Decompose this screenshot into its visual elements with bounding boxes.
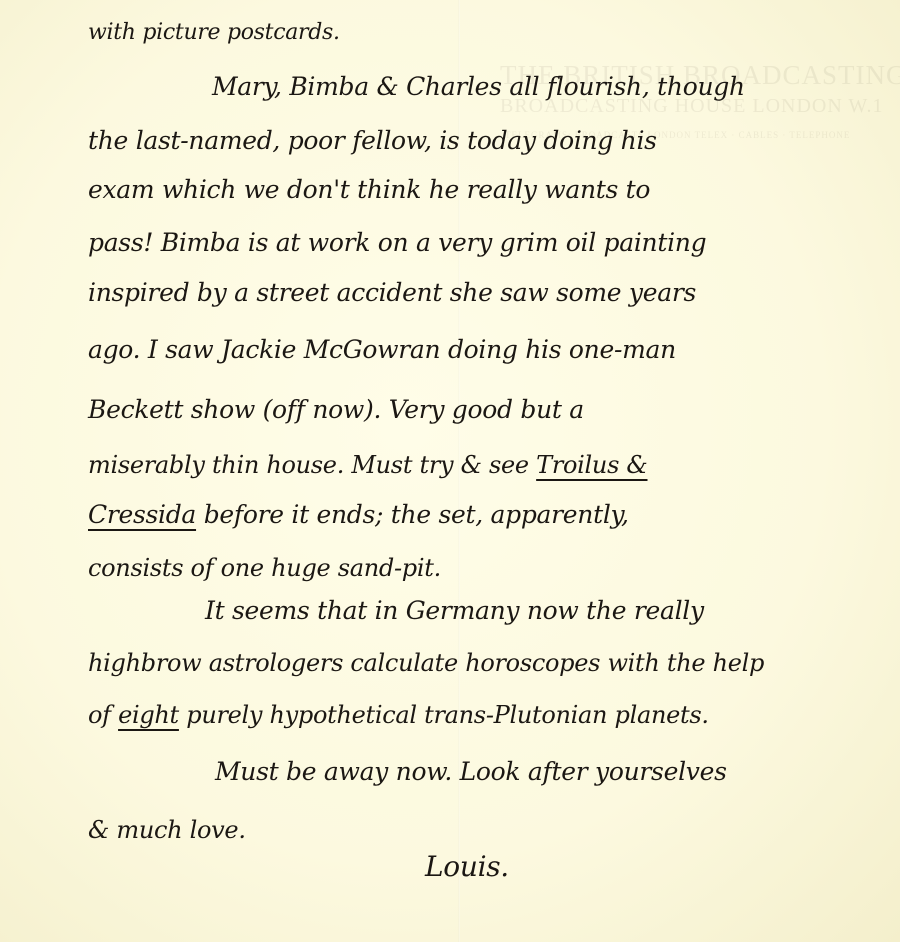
letter-line: of eight purely hypothetical trans-Pluto… <box>88 700 709 730</box>
underlined-title: Cressida <box>88 500 196 529</box>
underlined-word: eight <box>118 701 179 729</box>
letter-line: the last-named, poor fellow, is today do… <box>88 126 657 156</box>
letter-line: & much love. <box>88 815 246 845</box>
letter-line: highbrow astrologers calculate horoscope… <box>88 648 764 678</box>
letter-text: miserably thin house. Must try & see <box>88 451 536 479</box>
letter-text: purely hypothetical trans-Plutonian plan… <box>179 701 709 729</box>
letter-line: It seems that in Germany now the really <box>205 596 704 626</box>
letter-line: exam which we don't think he really want… <box>88 175 650 205</box>
letter-page: THE BRITISH BROADCASTING CORPORATION BRO… <box>0 0 900 942</box>
letter-line: consists of one huge sand-pit. <box>88 553 441 583</box>
underlined-title: Troilus & <box>536 451 647 479</box>
letter-line: ago. I saw Jackie McGowran doing his one… <box>88 335 676 365</box>
letter-line: pass! Bimba is at work on a very grim oi… <box>88 228 706 258</box>
letter-line: Beckett show (off now). Very good but a <box>88 395 584 425</box>
letter-line: with picture postcards. <box>88 18 340 48</box>
letter-text: before it ends; the set, apparently, <box>196 500 629 529</box>
letter-text: of <box>88 701 118 729</box>
signature: Louis. <box>425 852 509 882</box>
letter-line: Cressida before it ends; the set, appare… <box>88 500 629 530</box>
letter-line: Mary, Bimba & Charles all flourish, thou… <box>212 72 745 102</box>
letter-line: Must be away now. Look after yourselves <box>215 757 727 787</box>
letter-line: miserably thin house. Must try & see Tro… <box>88 450 648 480</box>
letter-line: inspired by a street accident she saw so… <box>88 278 696 308</box>
